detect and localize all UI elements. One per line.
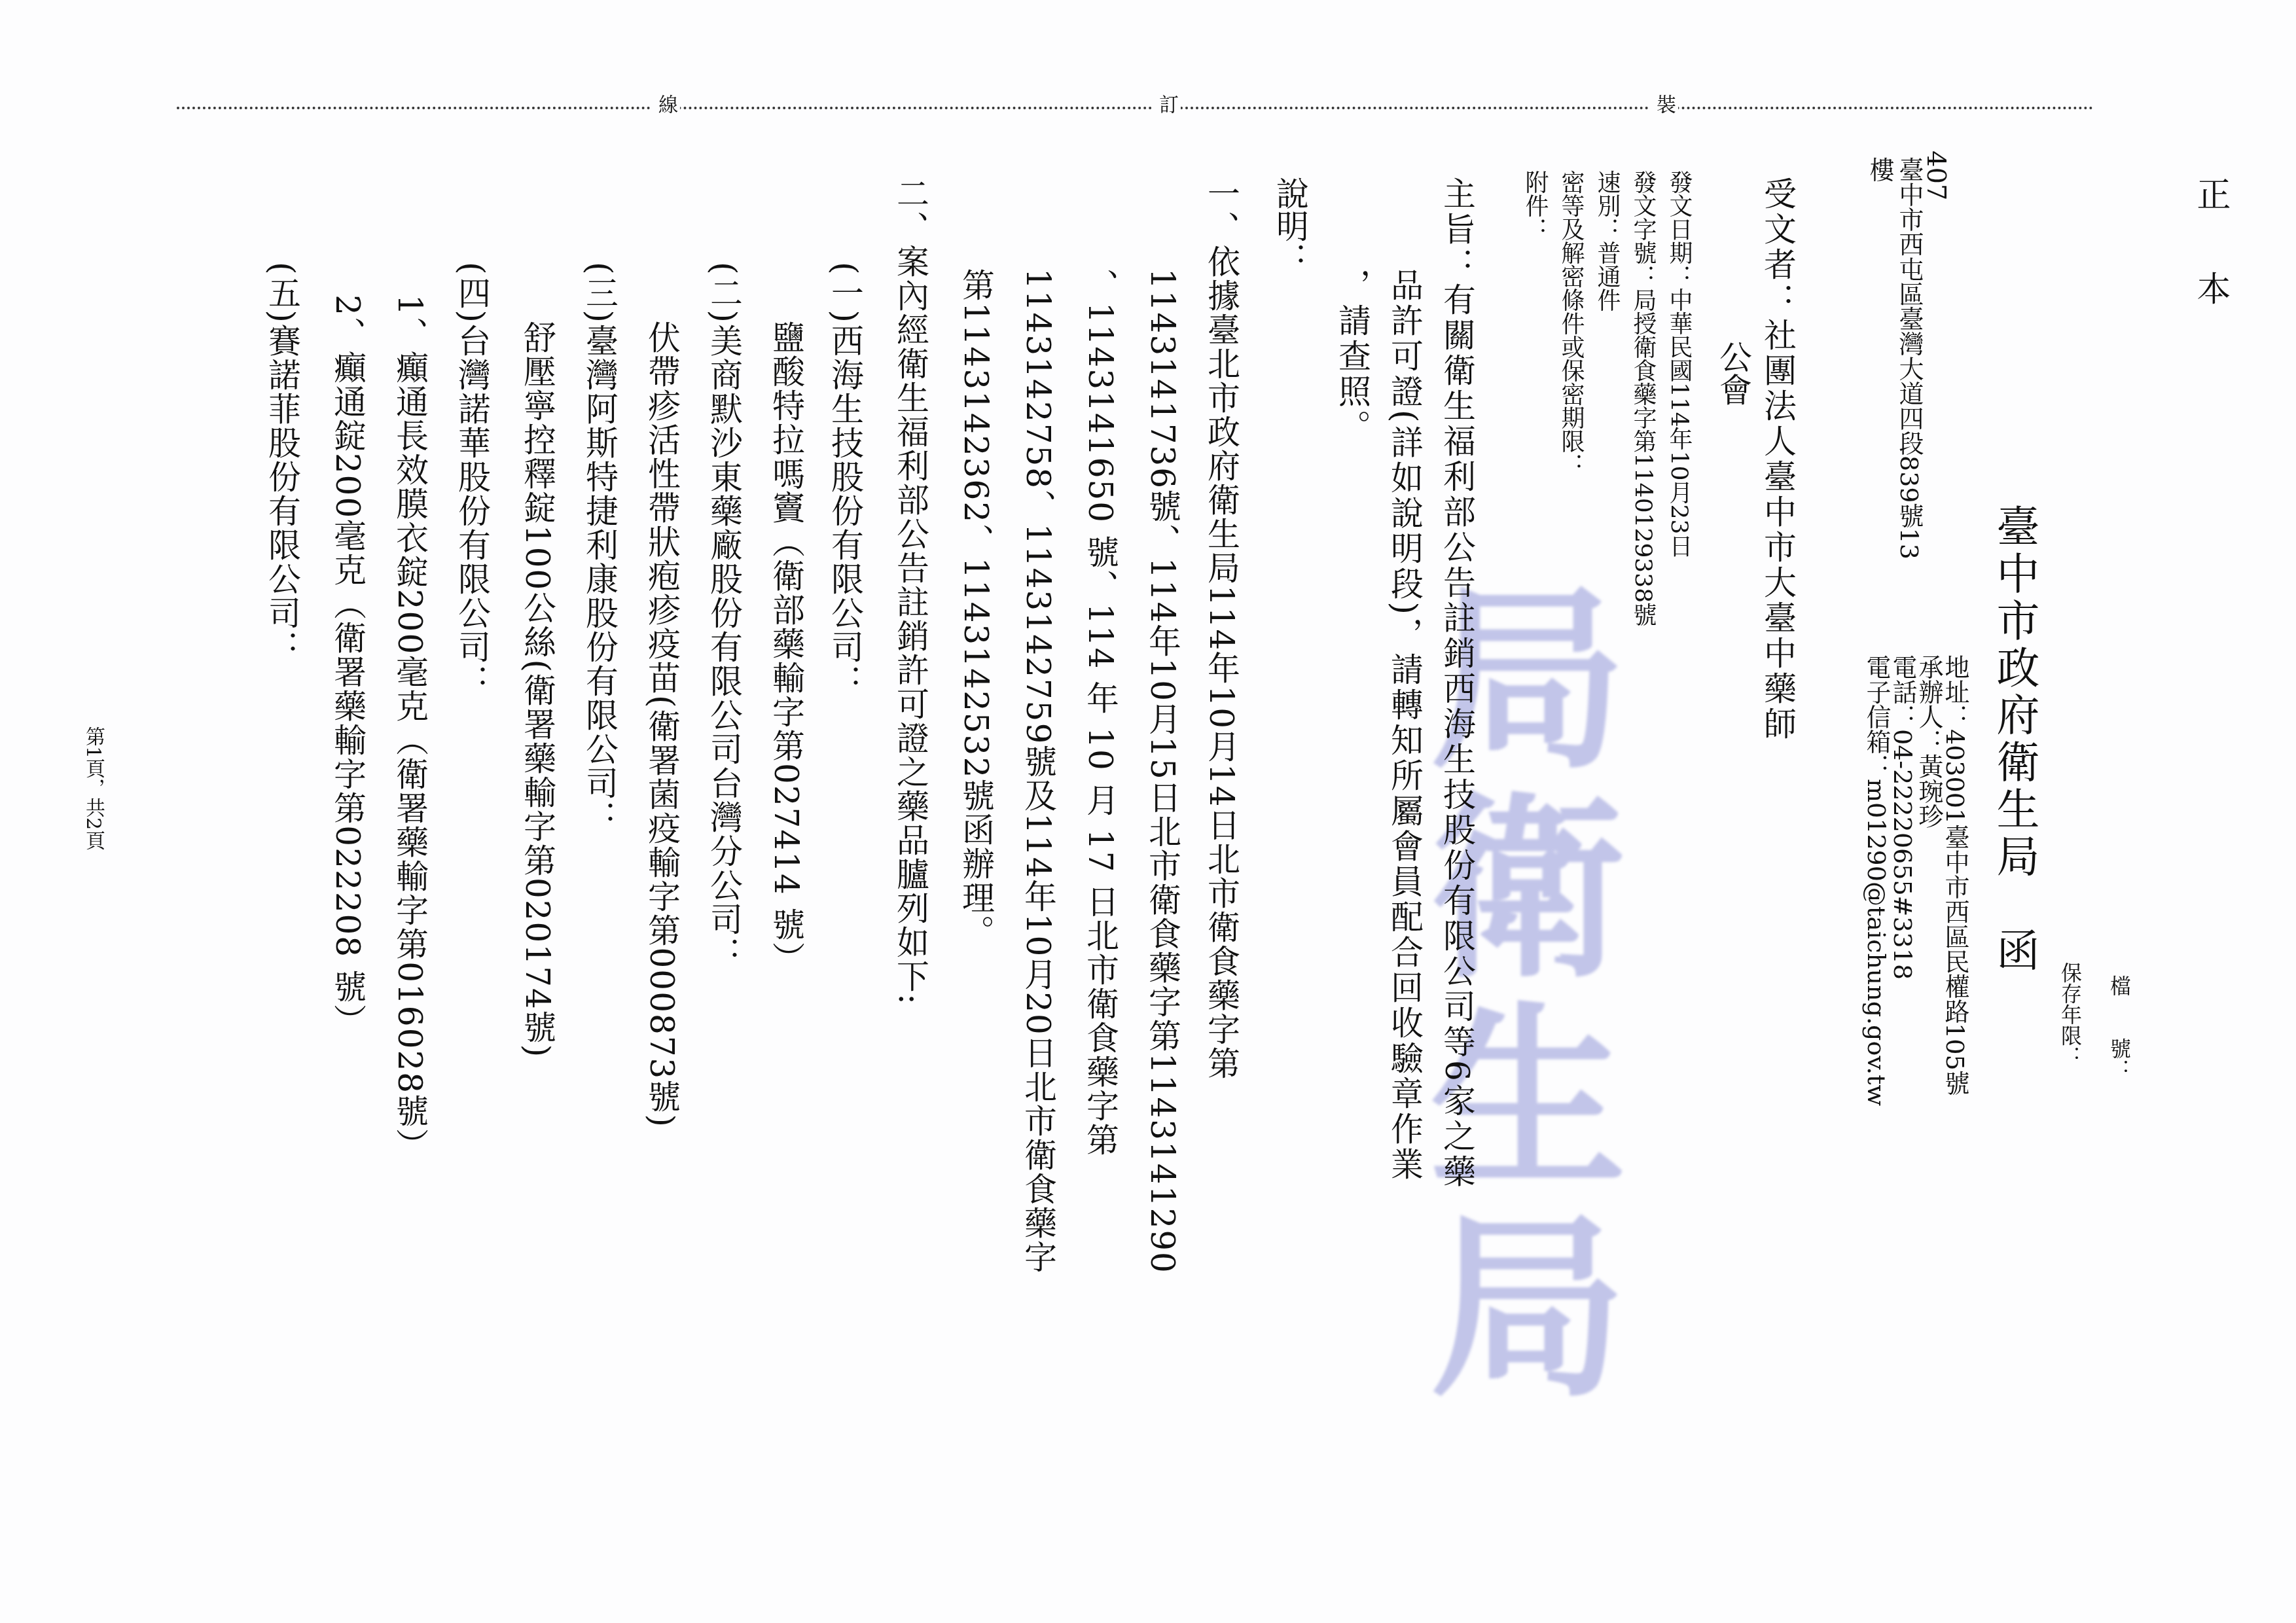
company-1-product-1: 鹽酸特拉嗎竇（衛部藥輸字第027414 號） xyxy=(762,321,810,976)
company-4-product-1: 1、癲通長效膜衣錠200毫克（衛署藥輸字第016028號） xyxy=(386,294,433,1162)
recipient-address-line1: 臺中市西屯區臺灣大道四段839號13 xyxy=(1892,157,1928,560)
binding-mark-staple: 訂 xyxy=(1152,92,1181,116)
retention-period-label: 保存年限： xyxy=(2055,962,2085,1067)
document-title: 臺中市政府衛生局 函 xyxy=(1983,504,2045,975)
company-2-product-1: 伏帶疹活性帶狀疱疹疫苗(衛署菌疫輸字第000873號) xyxy=(638,321,685,1128)
binding-mark-bind: 裝 xyxy=(1649,92,1678,116)
explanation-item1-line1: 一、依據臺北市政府衛生局114年10月14日北市衛食藥字第 xyxy=(1198,177,1245,1080)
secrecy-level: 密等及解密條件或保密期限： xyxy=(1554,170,1588,476)
copy-type-label: 正 本 xyxy=(2186,177,2235,318)
explanation-item1-line2: 1143141736號、114年10月15日北市衛食藥字第1143141290 xyxy=(1139,268,1186,1274)
explanation-item1-line5: 第1143142362、1143142532號函辦理。 xyxy=(952,268,999,949)
binding-line xyxy=(177,107,2094,109)
page-indicator: 第1頁，共2頁 xyxy=(79,726,107,849)
recipient-line: 受文者：社團法人臺中市大臺中藥師 xyxy=(1754,177,1801,742)
company-3-product-1: 舒壓寧控釋錠100公絲(衛署藥輸字第020174號) xyxy=(514,321,561,1058)
company-5-heading: (五)賽諾菲股份有限公司： xyxy=(259,262,306,664)
explanation-label: 說明： xyxy=(1266,177,1314,275)
binding-mark-line: 線 xyxy=(651,92,680,116)
contact-email: 電子信箱：m01290@taichung.gov.tw xyxy=(1859,654,1895,1106)
company-1-heading: (一)西海生技股份有限公司： xyxy=(821,262,869,698)
explanation-item1-line4: 1143142758、1143142759號及114年10月20日北市衛食藥字 xyxy=(1014,268,1062,1274)
attachment-label: 附件： xyxy=(1518,170,1552,241)
company-2-heading: (二)美商默沙東藥廠股份有限公司台灣分公司： xyxy=(700,262,747,971)
file-number-label: 檔 號： xyxy=(2104,975,2134,1080)
company-4-product-2: 2、癲通錠200毫克（衛署藥輸字第022208 號） xyxy=(324,294,371,1038)
subject-line3: ，請查照。 xyxy=(1329,268,1376,445)
issue-date: 發文日期：中華民國114年10月23日 xyxy=(1662,170,1696,558)
explanation-item2-intro: 二、案內經衛生福利部公告註銷許可證之藥品臚列如下: xyxy=(887,177,934,1006)
explanation-item1-line3: 、1143141650 號、114 年 10 月 17 日北市衛食藥字第 xyxy=(1077,268,1124,1157)
recipient-line-cont: 公會 xyxy=(1710,340,1757,406)
document-number: 發文字號：局授衛食藥字第1140129338號 xyxy=(1626,170,1660,626)
company-4-heading: (四)台灣諾華股份有限公司： xyxy=(448,262,495,698)
subject-line2: 品許可證(詳如說明段)，請轉知所屬會員配合回收驗章作業 xyxy=(1381,268,1428,1183)
subject-line1: 主旨：有關衛生福利部公告註銷西海生技股份有限公司等6家之藥 xyxy=(1433,177,1480,1190)
company-3-heading: (三)臺灣阿斯特捷利康股份有限公司： xyxy=(576,262,623,834)
recipient-address-line2: 樓 xyxy=(1862,157,1898,182)
speed-category: 速別：普通件 xyxy=(1590,170,1624,312)
